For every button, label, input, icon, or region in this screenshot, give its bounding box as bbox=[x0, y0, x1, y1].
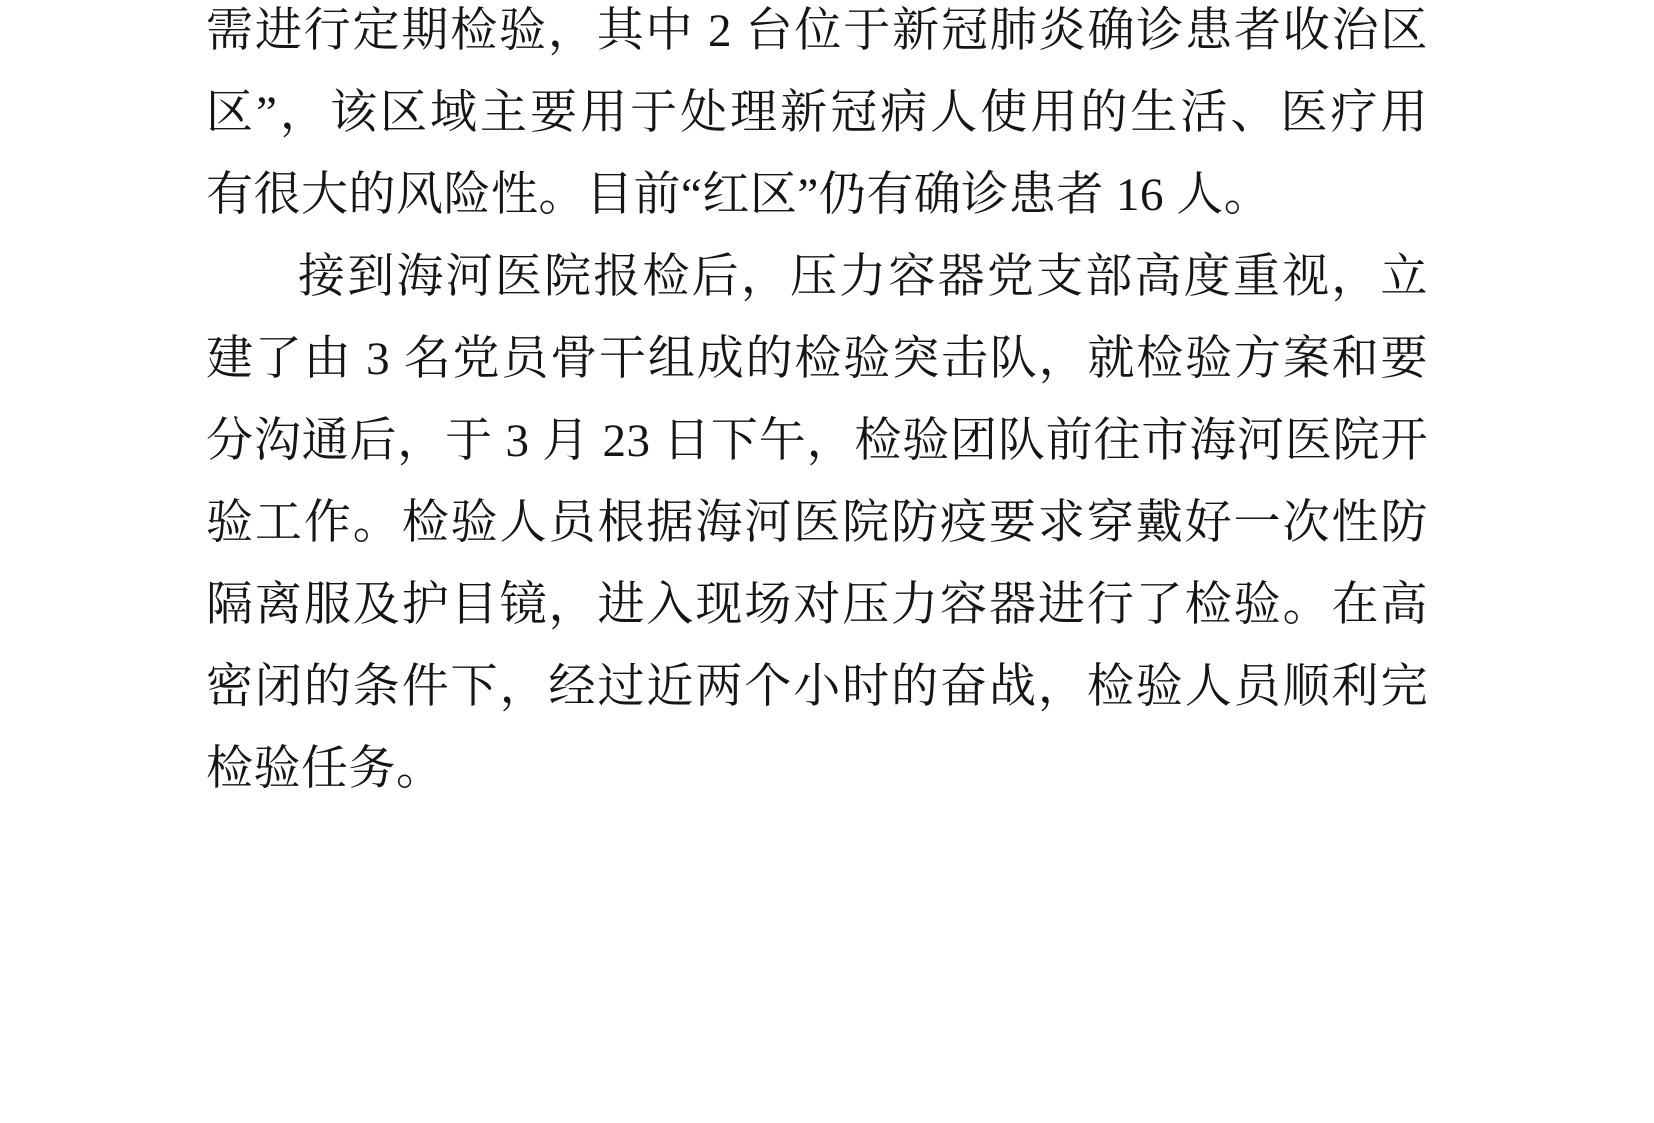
text-line: 建了由 3 名党员骨干组成的检验突击队，就检验方案和要求充 bbox=[206, 318, 1428, 400]
document-page: 需进行定期检验，其中 2 台位于新冠肺炎确诊患者收治区域“红 区”，该区域主要用… bbox=[0, 0, 1654, 1113]
body-text: 需进行定期检验，其中 2 台位于新冠肺炎确诊患者收治区域“红 区”，该区域主要用… bbox=[206, 0, 1428, 810]
text-line: 验工作。检验人员根据海河医院防疫要求穿戴好一次性防护服、 bbox=[206, 482, 1428, 564]
text-line: 检验任务。 bbox=[206, 728, 1428, 810]
text-line: 隔离服及护目镜，进入现场对压力容器进行了检验。在高温、 bbox=[206, 564, 1428, 646]
text-line: 区”，该区域主要用于处理新冠病人使用的生活、医疗用品，具 bbox=[206, 72, 1428, 154]
text-line: 密闭的条件下，经过近两个小时的奋战，检验人员顺利完成了 bbox=[206, 646, 1428, 728]
text-line: 有很大的风险性。目前“红区”仍有确诊患者 16 人。 bbox=[206, 154, 1428, 236]
text-line: 需进行定期检验，其中 2 台位于新冠肺炎确诊患者收治区域“红 bbox=[206, 0, 1428, 72]
text-line: 接到海河医院报检后，压力容器党支部高度重视，立即组 bbox=[206, 236, 1428, 318]
text-line: 分沟通后，于 3 月 23 日下午，检验团队前往市海河医院开展检 bbox=[206, 400, 1428, 482]
